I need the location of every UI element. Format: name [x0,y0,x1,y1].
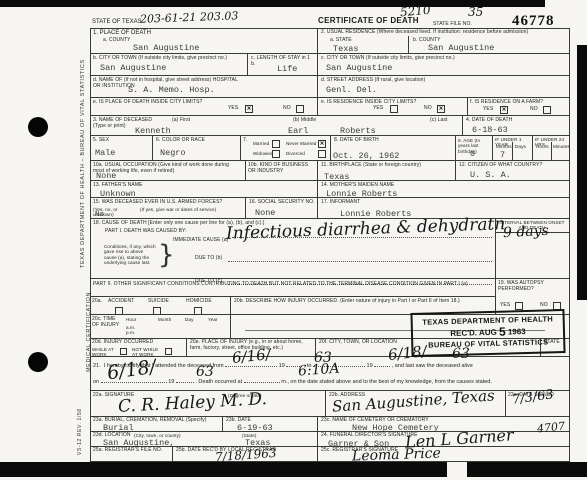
interval-value: 9 days [503,223,550,241]
ssn-label: 16. SOCIAL SECURITY NO. [249,200,315,206]
married-checkbox [272,140,280,148]
armed-forces-value: No [95,211,104,219]
state-of-texas-label: STATE OF TEXAS [92,19,142,26]
informant-label: 17. INFORMANT [321,200,360,206]
hole-punch-bottom [28,352,48,372]
margin-form-number: VS-12 REV. 1/58 [77,408,83,455]
while-at-work-checkbox [120,348,127,355]
scan-edge-right [577,45,587,300]
margin-dept-text: TEXAS DEPARTMENT OF HEALTH – BUREAU OF V… [80,59,86,268]
residence-state-label: a. STATE [330,38,352,44]
mother-name-value: Lonnie Roberts [326,189,397,199]
conditions-brace: } [158,240,175,270]
item-20d-label: 20d. INJURY OCCURRED [92,340,182,346]
part2-label: PART II. OTHER SIGNIFICANT CONDITIONS CO… [93,282,491,288]
registrar-signature-value: Leoma Price [352,445,441,464]
year-label: Year [208,317,218,322]
middle-name-label: (b) Middle [293,118,316,124]
sex-label: 5. SEX [93,138,109,144]
while-at-work-label: WHILE AT WORK [92,347,118,358]
funeral-home-number: 4707 [536,420,565,436]
residence-section-label: 2. USUAL RESIDENCE (Where deceased lived… [321,30,566,36]
hours-label: Hours [536,144,549,149]
father-name-label: 13. FATHER'S NAME [93,183,143,189]
part1-label: PART I. DEATH WAS CAUSED BY: [105,229,187,235]
funeral-director-label: 24. FUNERAL DIRECTOR'S SIGNATURE [321,433,418,439]
months-label: Months [496,144,512,149]
handwritten-number-2: 35 [468,5,483,19]
burial-date-value: 6-19-63 [237,423,273,433]
immediate-cause-label: IMMEDIATE CAUSE (a) [173,238,228,244]
armed-forces-sub2: (If yes, give war or dates of service) [140,207,240,212]
place-limits-yes-label: YES [228,106,238,112]
race-label: 6. COLOR OR RACE [156,138,205,144]
farm-no-label: NO [530,107,538,113]
due-to-b-label: DUE TO (b) [195,256,222,262]
death-time-value: 6:10A [297,361,340,380]
day-label: Day [185,317,193,322]
ampm-label: a.m. p.m. [126,325,142,336]
registrar-file-no-label: 25a. REGISTRAR'S FILE NO. [93,448,162,454]
hospital-name-value: S. A. Memo. Hosp. [128,85,215,95]
hole-punch-top [28,117,48,137]
residence-limits-no-label: NO [424,106,432,112]
last-seen-year: 63 [196,364,214,380]
widowed-checkbox [272,150,280,158]
date-of-death-label: 4. DATE OF DEATH [466,118,512,124]
physician-signature-value: C. R. Haley M. D. [118,389,268,417]
residence-limits-yes-label: YES [373,106,383,112]
occupation-value: None [96,171,116,181]
place-county-value: San Augustine [133,43,199,53]
months-value: 7 [500,150,505,160]
citizen-value: U. S. A. [470,170,511,180]
middle-name-value: Earl [288,126,308,136]
hour-label: Hour [126,317,136,322]
accident-label: ACCIDENT [108,299,134,305]
item-20a-label: 20a. [92,299,102,305]
residence-limits-yes-checkbox [390,105,398,113]
father-name-value: Unknown [100,189,136,199]
divorced-label: Divorced [286,151,305,156]
place-city-label: b. CITY OR TOWN (If outside city limits,… [93,56,243,62]
item-20b-label: 20b. DESCRIBE HOW INJURY OCCURRED. (Ente… [234,299,564,305]
birthplace-label: 11. BIRTHPLACE (State or foreign country… [321,163,451,169]
place-of-death-section-label: 1. PLACE OF DEATH [93,30,151,37]
date-of-birth-label: 8. DATE OF BIRTH [334,138,379,144]
place-county-label: a. COUNTY [103,38,131,44]
sex-value: Male [95,148,115,158]
never-married-checkbox: × [318,140,326,148]
conditions-note: Conditions, if any, which gave rise to a… [104,244,156,265]
never-married-label: Never Married [286,141,316,146]
length-of-stay-value: Life [277,64,297,74]
farm-no-checkbox [543,106,551,114]
first-name-value: Kenneth [135,126,171,136]
homicide-checkbox [194,307,202,315]
armed-forces-label: 15. WAS DECEASED EVER IN U.S. ARMED FORC… [93,200,243,206]
place-city-value: San Augustine [100,63,166,73]
married-label: Married [253,141,269,146]
mother-name-label: 14. MOTHER'S MAIDEN NAME [321,183,394,189]
attended-to-year: 63 [452,346,470,362]
age-value: 0 [470,149,475,159]
residence-city-value: San Augustine [326,63,392,73]
residence-state-value: Texas [333,44,359,54]
suicide-label: SUICIDE [148,299,169,305]
citizen-label: 12. CITIZEN OF WHAT COUNTRY? [459,163,567,169]
item-20c-label: 20c. TIME OF INJURY [92,317,122,329]
street-address-value: Genl. Del. [326,85,377,95]
widowed-label: Widowed [253,151,273,156]
race-value: Negro [160,148,186,158]
department-received-stamp: TEXAS DEPARTMENT OF HEALTH REC'D. AUG 5 … [410,309,565,357]
month-label: Month [158,317,171,322]
handwritten-file-code: 203-61-21 203.03 [140,9,239,25]
place-limits-label: e. IS PLACE OF DEATH INSIDE CITY LIMITS? [93,100,202,106]
scan-edge-top [0,0,545,7]
place-limits-yes-checkbox: × [245,105,253,113]
homicide-label: HOMICIDE [186,299,212,305]
scan-edge-bottom-right [467,462,587,477]
last-name-label: (c) Last [430,118,447,124]
first-name-label: (a) First [172,118,190,124]
days-label: Days [515,144,526,149]
residence-city-label: c. CITY OR TOWN (If outside city limits,… [321,56,521,62]
state-file-no-label: STATE FILE NO. [433,22,472,28]
ssn-value: None [255,208,275,218]
marital-label: 7. [243,138,247,144]
residence-limits-label: e. IS RESIDENCE INSIDE CITY LIMITS? [321,100,416,106]
farm-yes-label: YES [483,107,493,113]
handwritten-number-1: 5210 [399,3,431,20]
street-address-label: d. STREET ADDRESS (If rural, give locati… [321,78,521,84]
date-of-birth-value: Oct. 26, 1962 [333,151,399,161]
accident-checkbox [115,307,123,315]
residence-county-value: San Augustine [428,43,494,53]
farm-yes-checkbox: × [500,106,508,114]
birthplace-value: Texas [324,172,350,182]
farm-label: f. IS RESIDENCE ON A FARM? [470,100,543,106]
not-while-at-work-checkbox [165,348,172,355]
suicide-checkbox [153,307,161,315]
scan-edge-bottom-left [0,462,447,477]
residence-limits-no-checkbox: × [437,105,445,113]
date-of-death-value: 6-18-63 [472,125,508,135]
place-limits-no-label: NO [283,106,291,112]
death-certificate-scan: TEXAS DEPARTMENT OF HEALTH – BUREAU OF V… [0,0,587,480]
autopsy-label: 19. WAS AUTOPSY PERFORMED? [498,281,564,293]
industry-label: 10b. KIND OF BUSINESS OR INDUSTRY [248,163,314,175]
minutes-label: Minutes [553,144,570,149]
divorced-checkbox [318,150,326,158]
last-name-value: Roberts [340,126,376,136]
place-limits-no-checkbox [296,105,304,113]
